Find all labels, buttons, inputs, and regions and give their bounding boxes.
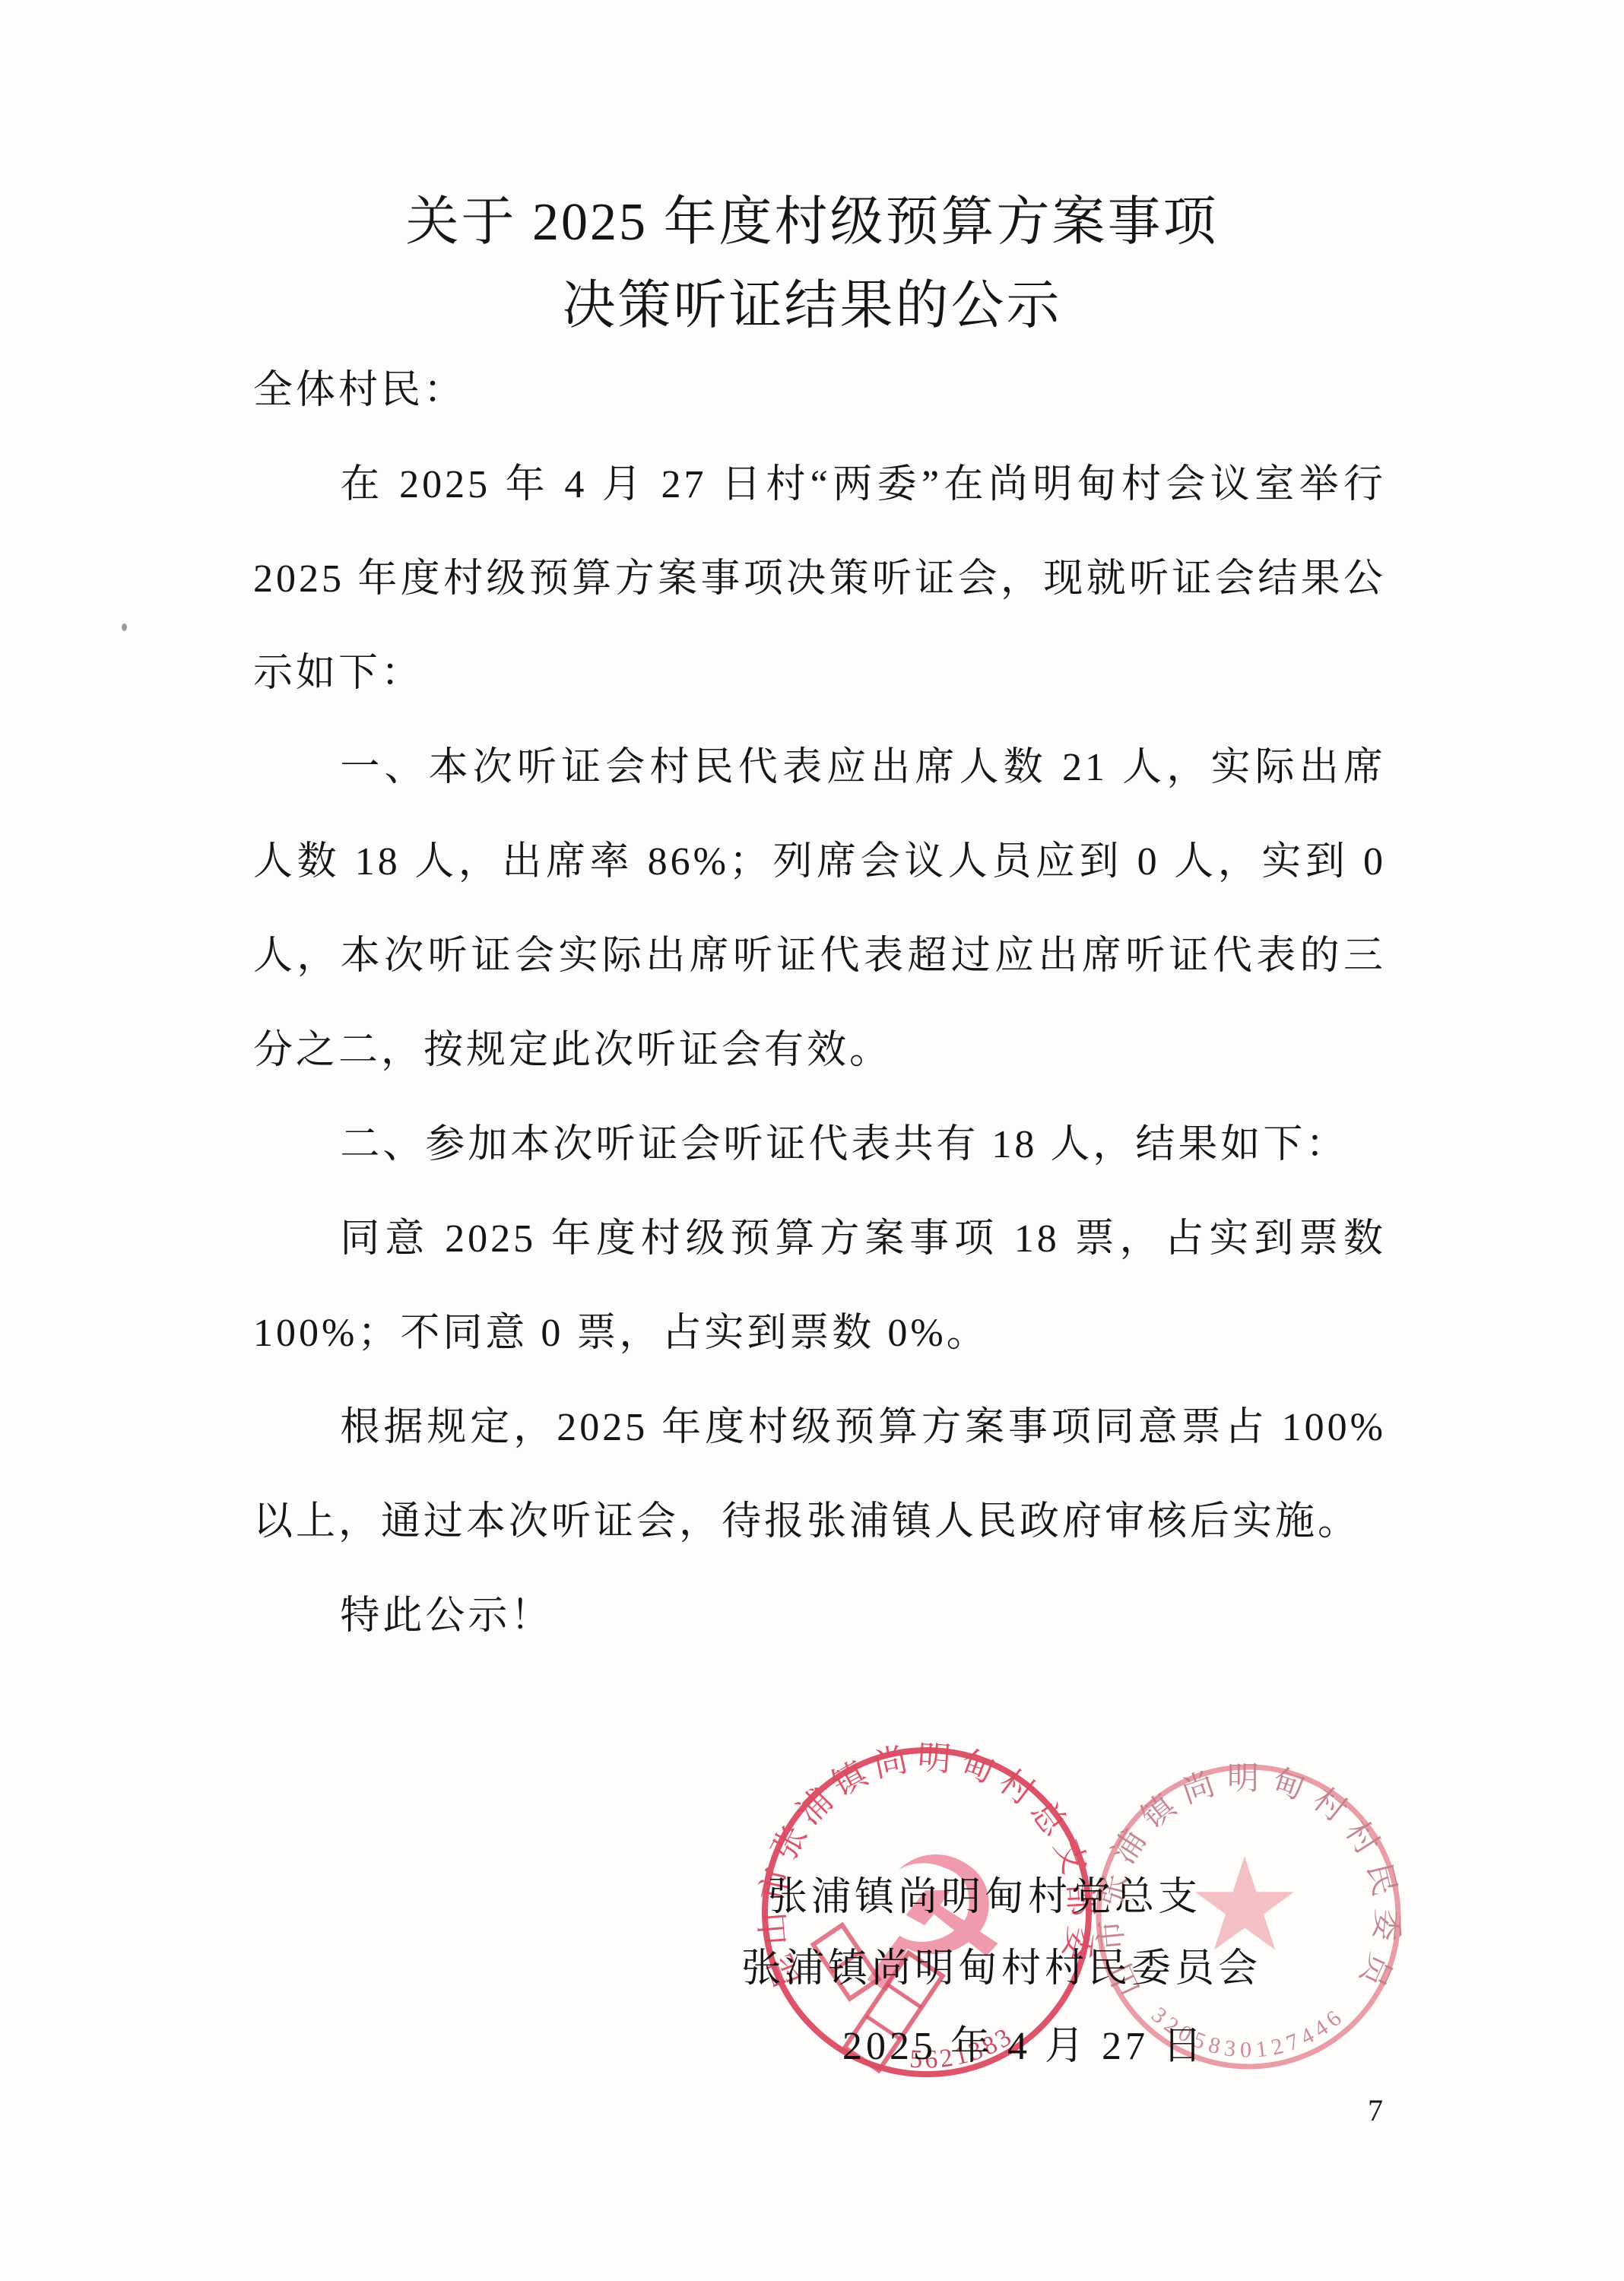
scan-ink-dot [122,623,127,631]
paragraph-votes: 同意 2025 年度村级预算方案事项 18 票，占实到票数 100%；不同意 0… [253,1192,1386,1381]
title-line-2: 决策听证结果的公示 [0,265,1624,348]
document-body: 全体村民： 在 2025 年 4 月 27 日村“两委”在尚明甸村会议室举行 2… [253,344,1386,1664]
party-branch-stamp: 中共昆山市张浦镇尚明甸村总支部委员会 ☭ 5621383 [741,1726,1114,2099]
title-line-1: 关于 2025 年度村级预算方案事项 [0,181,1624,265]
page-number: 7 [1368,2092,1383,2128]
star-icon: ★ [1187,1830,1302,1981]
salutation: 全体村民： [253,344,1386,438]
village-committee-stamp: 昆山市张浦镇尚明甸村村民委员会 ★ 3205830127446 [1089,1757,1408,2076]
paragraph-item-2: 二、参加本次听证会听证代表共有 18 人，结果如下： [253,1098,1386,1192]
document-page: 关于 2025 年度村级预算方案事项 决策听证结果的公示 全体村民： 在 202… [0,0,1624,2281]
svg-text:3205830127446: 3205830127446 [1147,2002,1350,2062]
paragraph-conclusion: 根据规定，2025 年度村级预算方案事项同意票占 100%以上，通过本次听证会，… [253,1381,1386,1569]
paragraph-intro: 在 2025 年 4 月 27 日村“两委”在尚明甸村会议室举行 2025 年度… [253,438,1386,721]
hammer-sickle-icon: ☭ [841,1813,1019,2037]
page-title: 关于 2025 年度村级预算方案事项 决策听证结果的公示 [0,181,1624,348]
closing-statement: 特此公示！ [253,1569,1386,1664]
committee-stamp-serial: 3205830127446 [1147,2002,1350,2062]
paragraph-item-1: 一、本次听证会村民代表应出席人数 21 人，实际出席人数 18 人，出席率 86… [253,721,1386,1098]
